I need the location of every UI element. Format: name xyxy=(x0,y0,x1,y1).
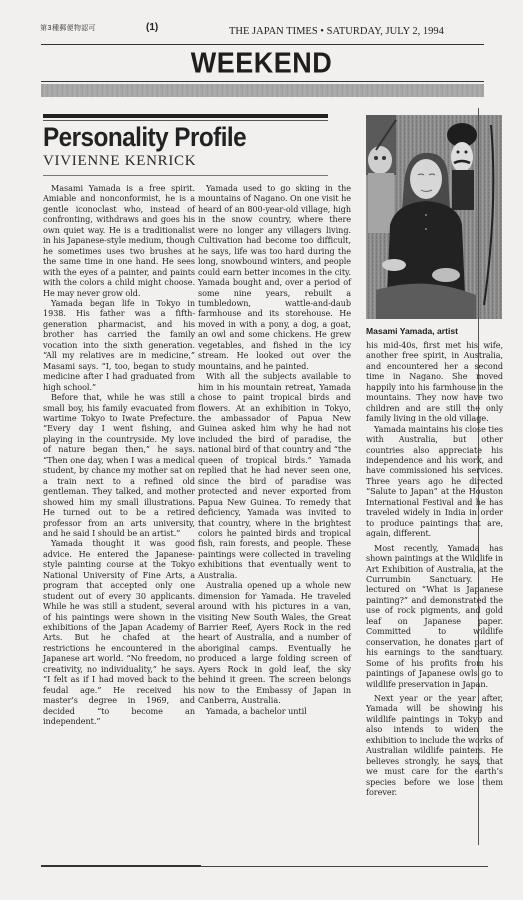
paragraph: With all the subjects available to him i… xyxy=(198,371,351,580)
paragraph: Most recently, Yamada has shown painting… xyxy=(366,543,503,689)
paragraph: his mid-40s, first met his wife, another… xyxy=(366,340,503,424)
paragraph: Yamada used to go skiing in the mountain… xyxy=(198,183,351,371)
article-title: Personality Profile xyxy=(43,122,246,153)
header-rule xyxy=(41,44,484,45)
article-column-1: Masami Yamada is a free spirit. Amiable … xyxy=(43,183,195,727)
byline-rule xyxy=(43,175,328,176)
paragraph: Before that, while he was still a small … xyxy=(43,392,195,538)
byline: VIVIENNE KENRICK xyxy=(43,153,196,170)
portrait-illustration-icon xyxy=(366,115,502,319)
footer-rule xyxy=(41,865,201,867)
publication-dateline: THE JAPAN TIMES • SATURDAY, JULY 2, 1994 xyxy=(229,26,444,37)
paragraph: Yamada, a bachelor until xyxy=(198,706,351,716)
paragraph: Masami Yamada is a free spirit. Amiable … xyxy=(43,183,195,298)
photo-caption: Masami Yamada, artist xyxy=(366,326,458,336)
title-rule-thin xyxy=(43,120,328,121)
paragraph: Yamada maintains his close ties with Aus… xyxy=(366,424,503,539)
footer-rule xyxy=(200,866,488,867)
paragraph: Yamada thought it was good advice. He en… xyxy=(43,538,195,726)
gray-banner xyxy=(41,84,484,97)
section-title: WEEKEND xyxy=(0,47,523,80)
paragraph: Yamada began life in Tokyo in 1938. His … xyxy=(43,298,195,392)
paragraph: Next year or the year after, Yamada will… xyxy=(366,693,503,798)
article-column-2: Yamada used to go skiing in the mountain… xyxy=(198,183,351,716)
paragraph: Australia opened up a whole new dimensio… xyxy=(198,580,351,705)
postal-notice: 第3種郵便物認可 xyxy=(40,23,96,33)
title-rule-heavy xyxy=(43,114,328,118)
article-column-3: his mid-40s, first met his wife, another… xyxy=(366,340,503,797)
section-rule xyxy=(41,81,484,82)
page-number: (1) xyxy=(146,22,158,33)
artist-photo xyxy=(366,115,502,319)
